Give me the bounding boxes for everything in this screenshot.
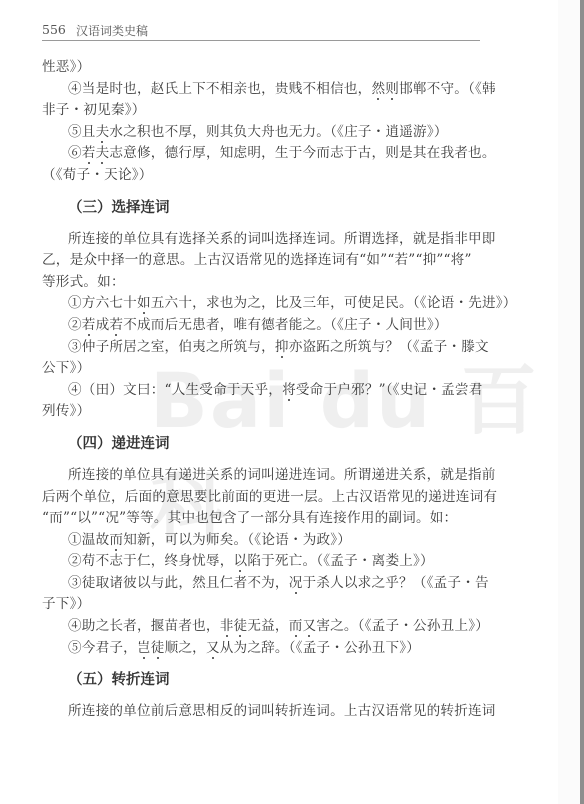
continuation-line: 列传》） [42,401,482,423]
section-heading: （四）递进连词 [42,423,482,465]
page-edge-shadow [558,0,580,804]
emphasized-conjunction: 而 [289,618,303,634]
paragraph-line: 乙，是众中择一的意思。上古汉语常见的选择连词有“如”“若”“抑”“将” [42,250,482,272]
emphasized-conjunction: 如 [137,295,151,311]
emphasized-conjunction: 徒 [151,640,165,656]
emphasized-conjunction: 若 [82,145,96,161]
example-sentence: ①方六七十如五六十，求也为之，比及三年，可使足民。（《论语・先进》） [42,293,482,315]
emphasized-conjunction: 岂 [137,640,151,656]
emphasized-conjunction: 以 [234,553,248,569]
paragraph-line: 所连接的单位具有选择关系的词叫选择连词。所谓选择，就是指非甲即 [42,229,482,251]
emphasized-conjunction: 而 [109,532,123,548]
running-header: 556 汉语词类史稿 [42,20,480,41]
paragraph-line: “而”“以”“况”等等。其中也包含了一部分具有连接作用的副词。如： [42,508,482,530]
emphasized-conjunction: 况 [289,575,303,591]
emphasized-conjunction: 抑 [275,339,289,355]
emphasized-conjunction: 徒 [234,618,248,634]
section-heading: （三）选择连词 [42,187,482,229]
example-sentence: ⑥若夫志意修，德行厚，知虑明，生于今而志于古，则是其在我者也。 [42,143,482,165]
emphasized-conjunction: 若 [82,317,96,333]
emphasized-conjunction: 则 [385,81,399,97]
paragraph-line: 等形式。如： [42,272,482,294]
book-title: 汉语词类史稿 [76,22,148,39]
continuation-line: 非子・初见秦》） [42,100,482,122]
example-sentence: ⑤且夫水之积也不厚，则其负大舟也无力。（《庄子・逍遥游》） [42,122,482,144]
page-body: 性恶》）④当是时也，赵氏上下不相亲也，贵贱不相信也，然则邯郸不守。（《韩非子・初… [42,57,482,723]
example-sentence: ④当是时也，赵氏上下不相亲也，贵贱不相信也，然则邯郸不守。（《韩 [42,79,482,101]
example-sentence: ③仲子所居之室，伯夷之所筑与，抑亦盗跖之所筑与？（《孟子・滕文 [42,337,482,359]
paragraph-line: 所连接的单位前后意思相反的词叫转折连词。上古汉语常见的转折连词 [42,701,482,723]
emphasized-conjunction: 将 [282,382,296,398]
example-sentence: ②苟不志于仁，终身忧辱，以陷于死亡。（《孟子・离娄上》） [42,551,482,573]
emphasized-conjunction: 又 [303,618,317,634]
section-heading: （五）转折连词 [42,659,482,701]
emphasized-conjunction: 非 [220,618,234,634]
page-number: 556 [42,22,66,37]
emphasized-conjunction: 若 [109,317,123,333]
example-sentence: ①温故而知新，可以为师矣。（《论语・为政》） [42,530,482,552]
page-edge [580,0,584,804]
paragraph-line: 后两个单位，后面的意思要比前面的更进一层。上古汉语常见的递进连词有 [42,487,482,509]
continuation-line: 性恶》） [42,57,482,79]
emphasized-conjunction: 又 [206,640,220,656]
emphasized-conjunction: 然 [371,81,385,97]
emphasized-conjunction: 夫 [96,124,110,140]
continuation-line: 子下》） [42,594,482,616]
emphasized-conjunction: 夫 [96,145,110,161]
example-sentence: ④（田）文曰：“人生受命于天乎，将受命于户邪？”（《史记・孟尝君 [42,380,482,402]
paragraph-line: 所连接的单位具有递进关系的词叫递进连词。所谓递进关系，就是指前 [42,465,482,487]
example-sentence: ③徒取诸彼以与此，然且仁者不为，况于杀人以求之乎？（《孟子・告 [42,573,482,595]
continuation-line: 公下》） [42,358,482,380]
example-sentence: ④助之长者，揠苗者也，非徒无益，而又害之。（《孟子・公孙丑上》） [42,616,482,638]
continuation-line: （《荀子・天论》） [42,165,482,187]
example-sentence: ②若成若不成而后无患者，唯有德者能之。（《庄子・人间世》） [42,315,482,337]
example-sentence: ⑤今君子，岂徒顺之，又从为之辞。（《孟子・公孙丑下》） [42,638,482,660]
